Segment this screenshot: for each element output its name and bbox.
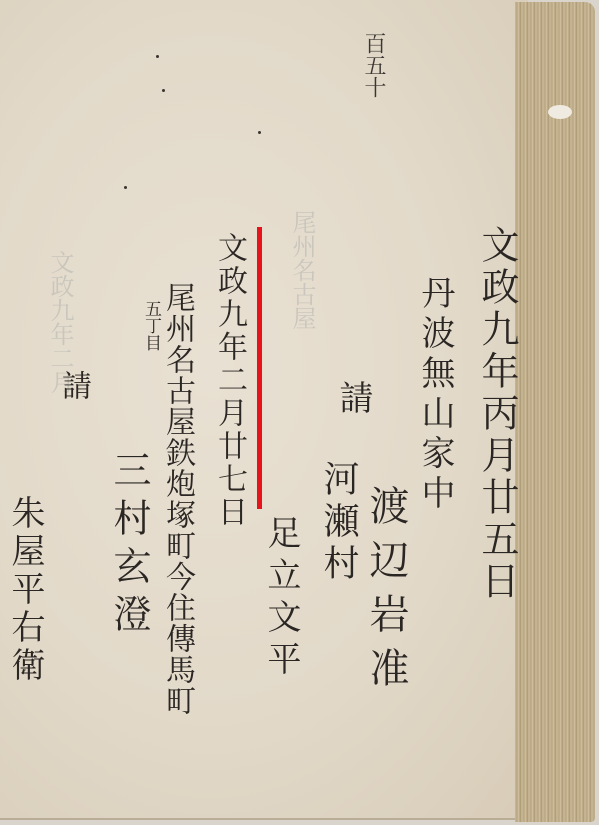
show-through-text: 尾州名古屋 <box>290 210 314 330</box>
page-stack-edge <box>515 2 595 822</box>
village-column: 河瀬村 <box>320 460 356 586</box>
place-column: 丹波無山家中 <box>418 275 452 515</box>
paper-tab <box>548 105 572 119</box>
address-note: 五丁目 <box>142 300 159 351</box>
name-center-column: 三村玄澄 <box>110 450 148 642</box>
name-left-column: 朱屋平右衛 <box>8 495 42 685</box>
name-right-column: 渡辺岩准 <box>366 485 406 701</box>
sei-right: 請 <box>336 380 370 414</box>
red-annotation-line <box>257 227 262 509</box>
title-column: 足立文平 <box>264 515 298 683</box>
page-number: 百五十 <box>362 32 384 98</box>
sei-left: 請 <box>58 370 88 400</box>
address-column: 尾州名古屋鉄炮塚町今住傳馬町 <box>162 282 192 716</box>
date-center-column: 文政九年二月廿七日 <box>214 232 244 529</box>
date-right-column: 文政九年丙月廿五日 <box>478 225 516 603</box>
